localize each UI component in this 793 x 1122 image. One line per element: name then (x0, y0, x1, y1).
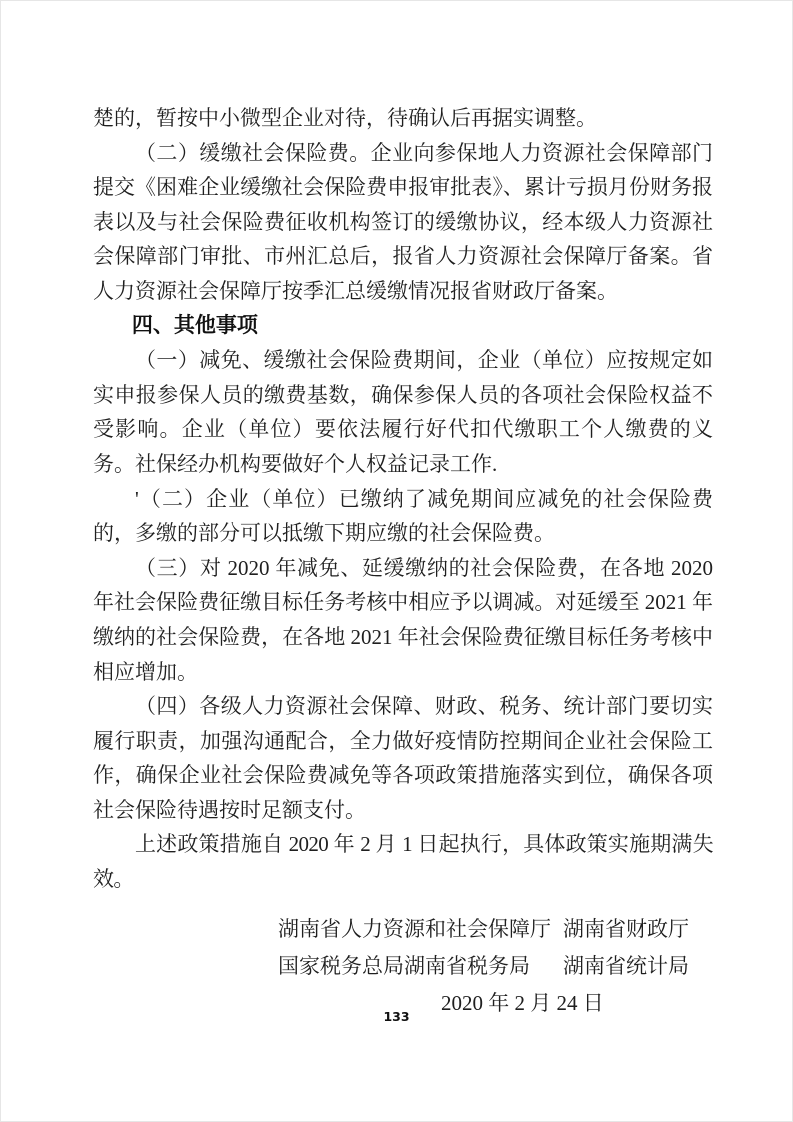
section-heading-other-matters: 四、其他事项 (93, 309, 713, 344)
paragraph-deferral-policy: （二）缓缴社会保险费。企业向参保地人力资源社会保障部门提交《困难企业缓缴社会保险… (93, 136, 713, 309)
signature-org-finance: 湖南省财政厅 (563, 915, 689, 943)
signature-row-1: 湖南省人力资源和社会保障厅 湖南省财政厅 (1, 915, 792, 945)
item-paragraph-2: '（二）企业（单位）已缴纳了减免期间应减免的社会保险费的，多缴的部分可以抵缴下期… (93, 482, 713, 551)
document-page: 楚的，暂按中小微型企业对待，待确认后再据实调整。 （二）缓缴社会保险费。企业向参… (0, 0, 793, 1122)
closing-paragraph: 上述政策措施自 2020 年 2 月 1 日起执行，具体政策实施期满失效。 (93, 827, 713, 896)
document-body: 楚的，暂按中小微型企业对待，待确认后再据实调整。 （二）缓缴社会保险费。企业向参… (93, 101, 713, 897)
signature-org-hr-social-security: 湖南省人力资源和社会保障厅 (278, 915, 551, 943)
item-paragraph-3: （三）对 2020 年减免、延缓缴纳的社会保险费，在各地 2020 年社会保险费… (93, 551, 713, 689)
signature-org-tax: 国家税务总局湖南省税务局 (278, 952, 530, 980)
paragraph-continuation: 楚的，暂按中小微型企业对待，待确认后再据实调整。 (93, 101, 713, 136)
item-paragraph-1: （一）减免、缓缴社会保险费期间，企业（单位）应按规定如实申报参保人员的缴费基数，… (93, 343, 713, 481)
signature-row-2: 国家税务总局湖南省税务局 湖南省统计局 (1, 952, 792, 982)
item-paragraph-4: （四）各级人力资源社会保障、财政、税务、统计部门要切实履行职责，加强沟通配合，全… (93, 689, 713, 827)
page-number: 133 (1, 1009, 792, 1024)
signature-org-statistics: 湖南省统计局 (563, 952, 689, 980)
